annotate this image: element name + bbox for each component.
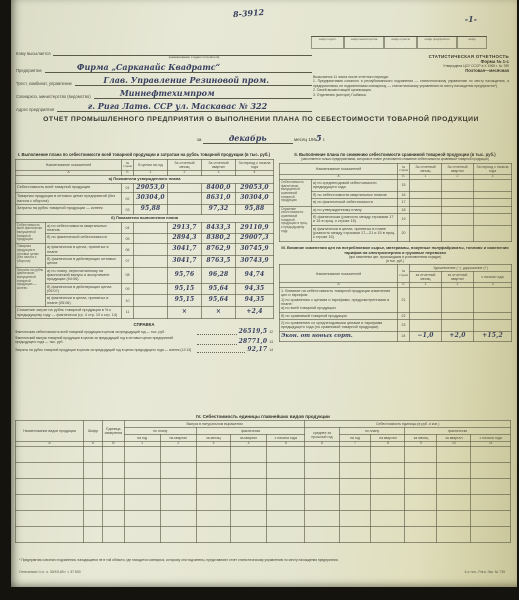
handwritten-row-label: Экон. от новых сорт. [280, 331, 398, 341]
section1-table: Наименование показателей № строки В цело… [15, 159, 274, 319]
section4: IV. Себестоимость единицы главнейших вид… [15, 414, 511, 543]
handwritten-year-digit: 5 [316, 133, 322, 143]
row-label: б) фактически в действующих ценах (05:07… [46, 283, 122, 295]
table-row: б) по фактической себестоимости 05 2894,… [16, 234, 274, 244]
table-row: Снижение затрат на рубль товарной продук… [16, 307, 274, 319]
section2: II. Выполнение плана по снижению себесто… [279, 152, 511, 342]
field-note: (наименование и адрес получателя) [76, 56, 312, 60]
row-label: а) фактически в ценах, принятых в плане [46, 244, 122, 256]
row-group-stub: Себестоимость фактически выпущенной срав… [280, 180, 312, 206]
field-ministry: Совнархоз, министерство (ведомство) Минн… [16, 87, 312, 99]
handwritten-value: 28771,0 [239, 338, 268, 345]
product-row [16, 510, 511, 526]
section1-title: I. Выполнение плана по себестоимости все… [15, 152, 273, 157]
row-label: Снижение затрат на рубль товарной продук… [16, 307, 122, 319]
spravka-line: Фактический выпуск товарной продукции в … [15, 336, 273, 345]
form-identity-block: СТАТИСТИЧЕСКАЯ ОТЧЕТНОСТЬ Форма № 1-с Ут… [313, 54, 509, 97]
header-row: Наименование показателей № строки За отч… [280, 164, 512, 175]
table-row: б) фактически в действующих ценах (05:07… [16, 283, 274, 295]
handwritten-value: 26519,5 [239, 328, 268, 335]
table-row: в) по фактической себестоимости 17 [280, 199, 512, 206]
submission-instructions: Высылается 11 числа после отчетного пери… [313, 75, 509, 97]
product-row [16, 478, 511, 494]
header-row: Наименование показателей № строки В цело… [16, 160, 274, 171]
line-number: 14 [269, 348, 273, 352]
footnote: * Предприятия союзного подчинения, наход… [19, 558, 505, 562]
row-label: в) фактически в ценах, принятых в плане … [312, 225, 398, 241]
table-row: Снижение себестоимости сравнимой товарно… [280, 206, 512, 213]
product-row [16, 526, 511, 542]
print-line: Отпечатано ¼ п. л. 30/XII-65 г. т. 37.50… [19, 570, 505, 574]
handwritten-ministry: Миннефтехимпром [120, 88, 215, 98]
section4-table: Наименование видов продукции Шифр Единиц… [15, 420, 511, 543]
table-row: б) по сравнимой товарной продукции 22 [280, 312, 512, 319]
row-label: б) по сравнимой товарной продукции [280, 312, 398, 319]
spravka-line: Затраты на рубль товарной продукции в це… [15, 346, 273, 353]
period-end: г. [323, 137, 325, 142]
field-enterprise: Предприятие Фирма „Сарканайс Квадратс“ [16, 61, 312, 73]
field-trust: Трест, комбинат, управление Глав. Управл… [16, 74, 312, 86]
line-number: 12 [269, 330, 273, 334]
table-row: б) фактически в действующих оптовых цена… [16, 255, 274, 267]
row-label: Затраты на рубль товарной продукции — ко… [16, 205, 122, 215]
print-info-left: Отпечатано ¼ п. л. 30/XII-65 г. т. 37.50… [19, 570, 81, 574]
section3-title: III. Влияние изменения цен на потребляем… [279, 245, 511, 255]
row-label: 2) по сравнению со среднегодовыми ценами… [280, 320, 398, 332]
section2-table: Наименование показателей № строки За отч… [279, 163, 512, 242]
table-row: 1. Влияние на себестоимость товарной про… [280, 287, 512, 312]
table-row: Себестоимость всей товарной продукции 01… [16, 183, 274, 193]
header-row: Наименование видов продукции Шифр Единиц… [16, 421, 511, 428]
table-row: в) фактически в ценах, принятых в плане … [280, 225, 512, 241]
row-group-stub: Затраты на рубль фактически выпущенной т… [16, 267, 46, 307]
row-label: б) по фактической себестоимости [46, 234, 122, 244]
period-mid: месяц 196 [294, 137, 316, 142]
row-label: а) по утвержденному плану [312, 206, 398, 213]
table-row: 2) по сравнению со среднегодовыми ценами… [280, 320, 512, 332]
spravka-line: Фактическая себестоимость всей товарной … [15, 328, 273, 335]
handwritten-address: г. Рига Латв. ССР ул. Маскавас № 322 [88, 101, 267, 111]
line-number: 13 [269, 340, 273, 344]
period-line: за декабрь месяц 1965 г. [101, 133, 421, 144]
header-row: Наименование показателей № строки Удешев… [280, 265, 512, 272]
product-row [16, 446, 511, 462]
field-label: Кому высылается [16, 51, 50, 56]
row-label: а) по плану, пересчитанному на фактическ… [46, 267, 122, 283]
code-boxes: шифр террит. шифр министерства шифр отра… [311, 36, 487, 49]
handwritten-month: декабрь [229, 133, 267, 143]
row-group-stub: Товарная продукция в оптовых ценах (без … [16, 244, 46, 267]
section2-subtitle: (заполняется только предприятиями, котор… [279, 157, 511, 161]
row-label: а) по себестоимости квартальных планов [46, 222, 122, 234]
group-row: б) Показатели выполнения плана [16, 215, 274, 223]
period-za: за [197, 137, 202, 142]
table-row: в) фактически в ценах, принятых в плане … [16, 295, 274, 307]
row-label: в) по фактической себестоимости [312, 199, 398, 206]
spravka-title: СПРАВКА [15, 322, 273, 327]
code-box: шифр отрасли [384, 37, 417, 49]
section4-body [16, 446, 511, 542]
row-label: б) фактически в действующих оптовых цена… [46, 255, 122, 267]
handwritten-doc-number: 8-3912 [233, 7, 265, 19]
table-row: Товарная продукция в оптовых ценах предп… [16, 193, 274, 205]
print-info-right: 4-я тип., Рига. Зак. № 735 [464, 570, 505, 574]
row-group-stub: Снижение себестоимости сравнимой товарно… [280, 206, 312, 241]
product-row [16, 462, 511, 478]
table-row: Себестоимость фактически выпущенной срав… [280, 180, 512, 192]
scanned-statistical-report: { "meta": { "doc_number": "8-3912", "pag… [0, 0, 519, 600]
row-label: 1. Влияние на себестоимость товарной про… [280, 287, 398, 312]
row-label: Товарная продукция в оптовых ценах предп… [16, 193, 122, 205]
code-box: шифр террит. [311, 37, 344, 49]
row-group-stub: Себестоимость всей фактически выпущенной… [16, 222, 46, 244]
handwritten-enterprise: Фирма „Сарканайс Квадратс“ [77, 62, 220, 72]
row-label: в) фактически в ценах, принятых в плане … [46, 295, 122, 307]
postal-monthly-label: Почтовая—месячная [313, 68, 509, 73]
code-box: шифр [457, 37, 487, 49]
table-row: Затраты на рубль товарной продукции — ко… [16, 205, 274, 215]
section1: I. Выполнение плана по себестоимости все… [15, 152, 273, 353]
table-row: Себестоимость всей фактически выпущенной… [16, 222, 274, 234]
handwritten-trust: Глав. Управление Резиновой пром. [103, 75, 269, 85]
handwritten-page-number: -1- [465, 14, 477, 24]
row-label: а) по среднегодовой себестоимости предыд… [312, 180, 398, 192]
section3-table: Наименование показателей № строки Удешев… [279, 264, 512, 342]
table-row: Затраты на рубль фактически выпущенной т… [16, 267, 274, 283]
handwritten-value: 92,17 [247, 346, 267, 353]
section4-title: IV. Себестоимость единицы главнейших вид… [15, 414, 511, 419]
code-box: шифр министерства [344, 37, 384, 49]
code-box: шифр предприятия [417, 37, 457, 49]
addressee-block: Кому высылается (наименование и адрес по… [16, 44, 312, 113]
section3-subtitle: (при изменении цен, происшедшем в устано… [279, 255, 511, 263]
document-page: 8-3912 -1- Кому высылается (наименование… [11, 0, 517, 587]
group-row: а) Показатели утвержденного плана [16, 175, 274, 183]
table-row: Товарная продукция в оптовых ценах (без … [16, 244, 274, 256]
table-row: б) по себестоимости квартальных планов 1… [280, 191, 512, 198]
field-address: Адрес предприятия г. Рига Латв. ССР ул. … [16, 100, 312, 112]
row-label: Себестоимость всей товарной продукции [16, 183, 122, 193]
field-to: Кому высылается [16, 44, 312, 56]
table-row: б) фактическая (разность между строками … [280, 213, 512, 225]
report-title: ОТЧЕТ ПРОМЫШЛЕННОГО ПРЕДПРИЯТИЯ О ВЫПОЛН… [35, 116, 487, 123]
product-row [16, 494, 511, 510]
row-label: б) фактическая (разность между строками … [312, 213, 398, 225]
row-label: б) по себестоимости квартальных планов [312, 191, 398, 198]
table-row: Экон. от новых сорт. 24 −1,0 +2,0 +15,2 [280, 331, 512, 341]
